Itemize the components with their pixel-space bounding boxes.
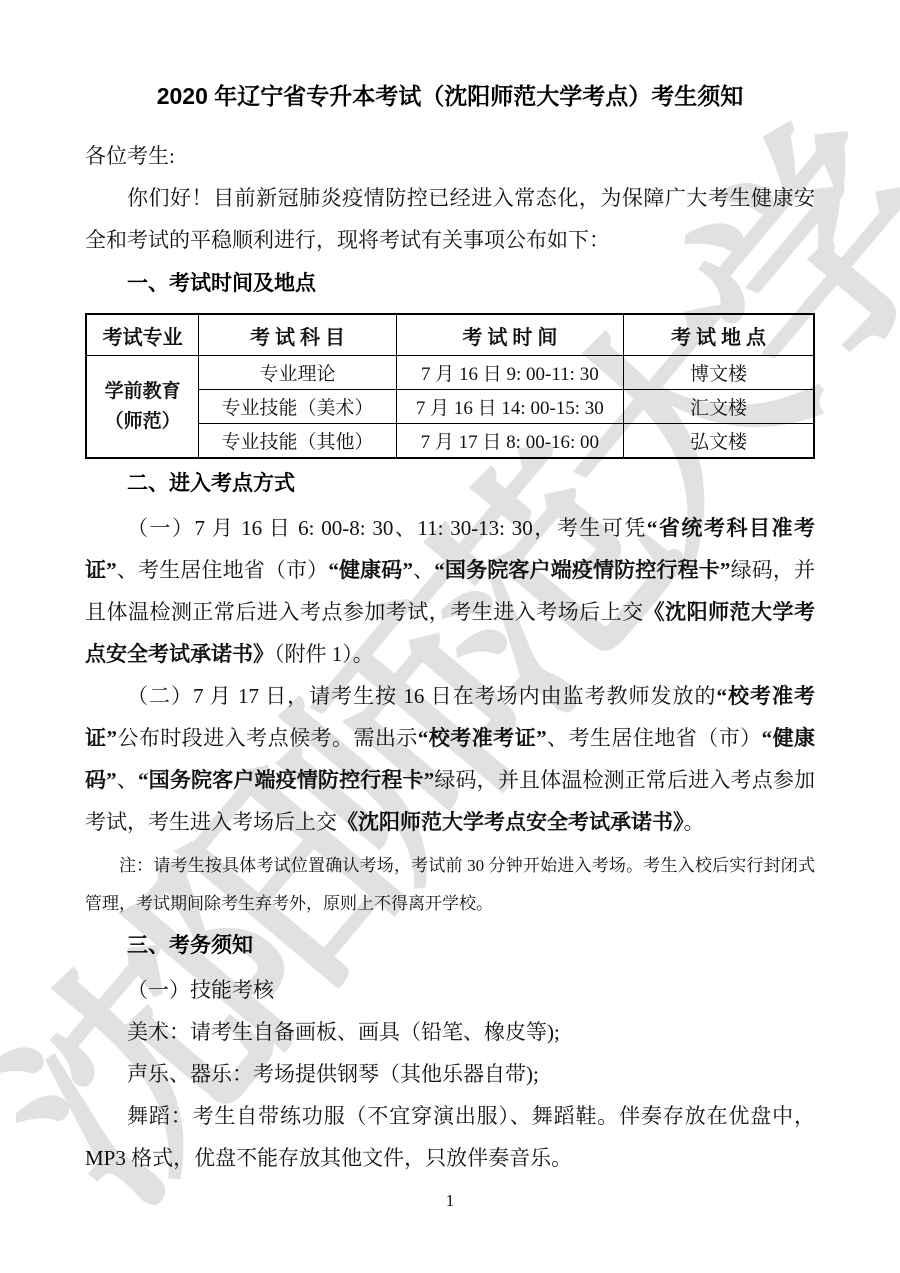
section1-heading: 一、考试时间及地点: [85, 263, 815, 305]
header-time: 考 试 时 间: [396, 314, 623, 356]
music-item: 声乐、器乐：考场提供钢琴（其他乐器自带);: [85, 1053, 815, 1095]
entry-method-paragraph-1: （一）7 月 16 日 6: 00-8: 30、11: 30-13: 30，考生…: [85, 507, 815, 675]
cell-subject: 专业技能（其他）: [199, 424, 396, 459]
cell-subject: 专业技能（美术）: [199, 390, 396, 424]
entry-method-paragraph-2: （二）7 月 17 日，请考生按 16 日在考场内由监考教师发放的“校考准考证”…: [85, 675, 815, 843]
skill-assessment-subheading: （一）技能考核: [85, 969, 815, 1011]
cell-major: 学前教育 （师范）: [86, 356, 199, 459]
cell-location: 汇文楼: [624, 390, 814, 424]
cell-subject: 专业理论: [199, 356, 396, 390]
page-number: 1: [85, 1191, 815, 1211]
document-page: { "page": { "title": "2020 年辽宁省专升本考试（沈阳师…: [0, 0, 900, 1273]
cell-time: 7 月 16 日 14: 00-15: 30: [396, 390, 623, 424]
notice-document: 2020 年辽宁省专升本考试（沈阳师范大学考点）考生须知 各位考生: 你们好！目…: [0, 78, 900, 1211]
cell-time: 7 月 16 日 9: 00-11: 30: [396, 356, 623, 390]
section2-heading: 二、进入考点方式: [85, 463, 815, 505]
header-location: 考 试 地 点: [624, 314, 814, 356]
cell-time: 7 月 17 日 8: 00-16: 00: [396, 424, 623, 459]
table-header-row: 考试专业 考 试 科 目 考 试 时 间 考 试 地 点: [86, 314, 814, 356]
note-paragraph: 注：请考生按具体考试位置确认考场，考试前 30 分钟开始进入考场。考生入校后实行…: [85, 847, 815, 923]
art-item: 美术：请考生自备画板、画具（铅笔、橡皮等);: [85, 1011, 815, 1053]
major-line1: 学前教育: [89, 377, 196, 406]
cell-location: 博文楼: [624, 356, 814, 390]
cell-location: 弘文楼: [624, 424, 814, 459]
page-title: 2020 年辽宁省专升本考试（沈阳师范大学考点）考生须知: [85, 78, 815, 111]
intro-paragraph: 你们好！目前新冠肺炎疫情防控已经进入常态化，为保障广大考生健康安全和考试的平稳顺…: [85, 177, 815, 261]
header-major: 考试专业: [86, 314, 199, 356]
exam-schedule-table: 考试专业 考 试 科 目 考 试 时 间 考 试 地 点 学前教育 （师范） 专…: [85, 313, 815, 459]
salutation: 各位考生:: [85, 135, 815, 177]
header-subject: 考 试 科 目: [199, 314, 396, 356]
major-line2: （师范）: [89, 407, 196, 436]
table-row: 学前教育 （师范） 专业理论 7 月 16 日 9: 00-11: 30 博文楼: [86, 356, 814, 390]
section3-heading: 三、考务须知: [85, 925, 815, 967]
dance-item: 舞蹈：考生自带练功服（不宜穿演出服）、舞蹈鞋。伴奏存放在优盘中，MP3 格式，优…: [85, 1095, 815, 1179]
